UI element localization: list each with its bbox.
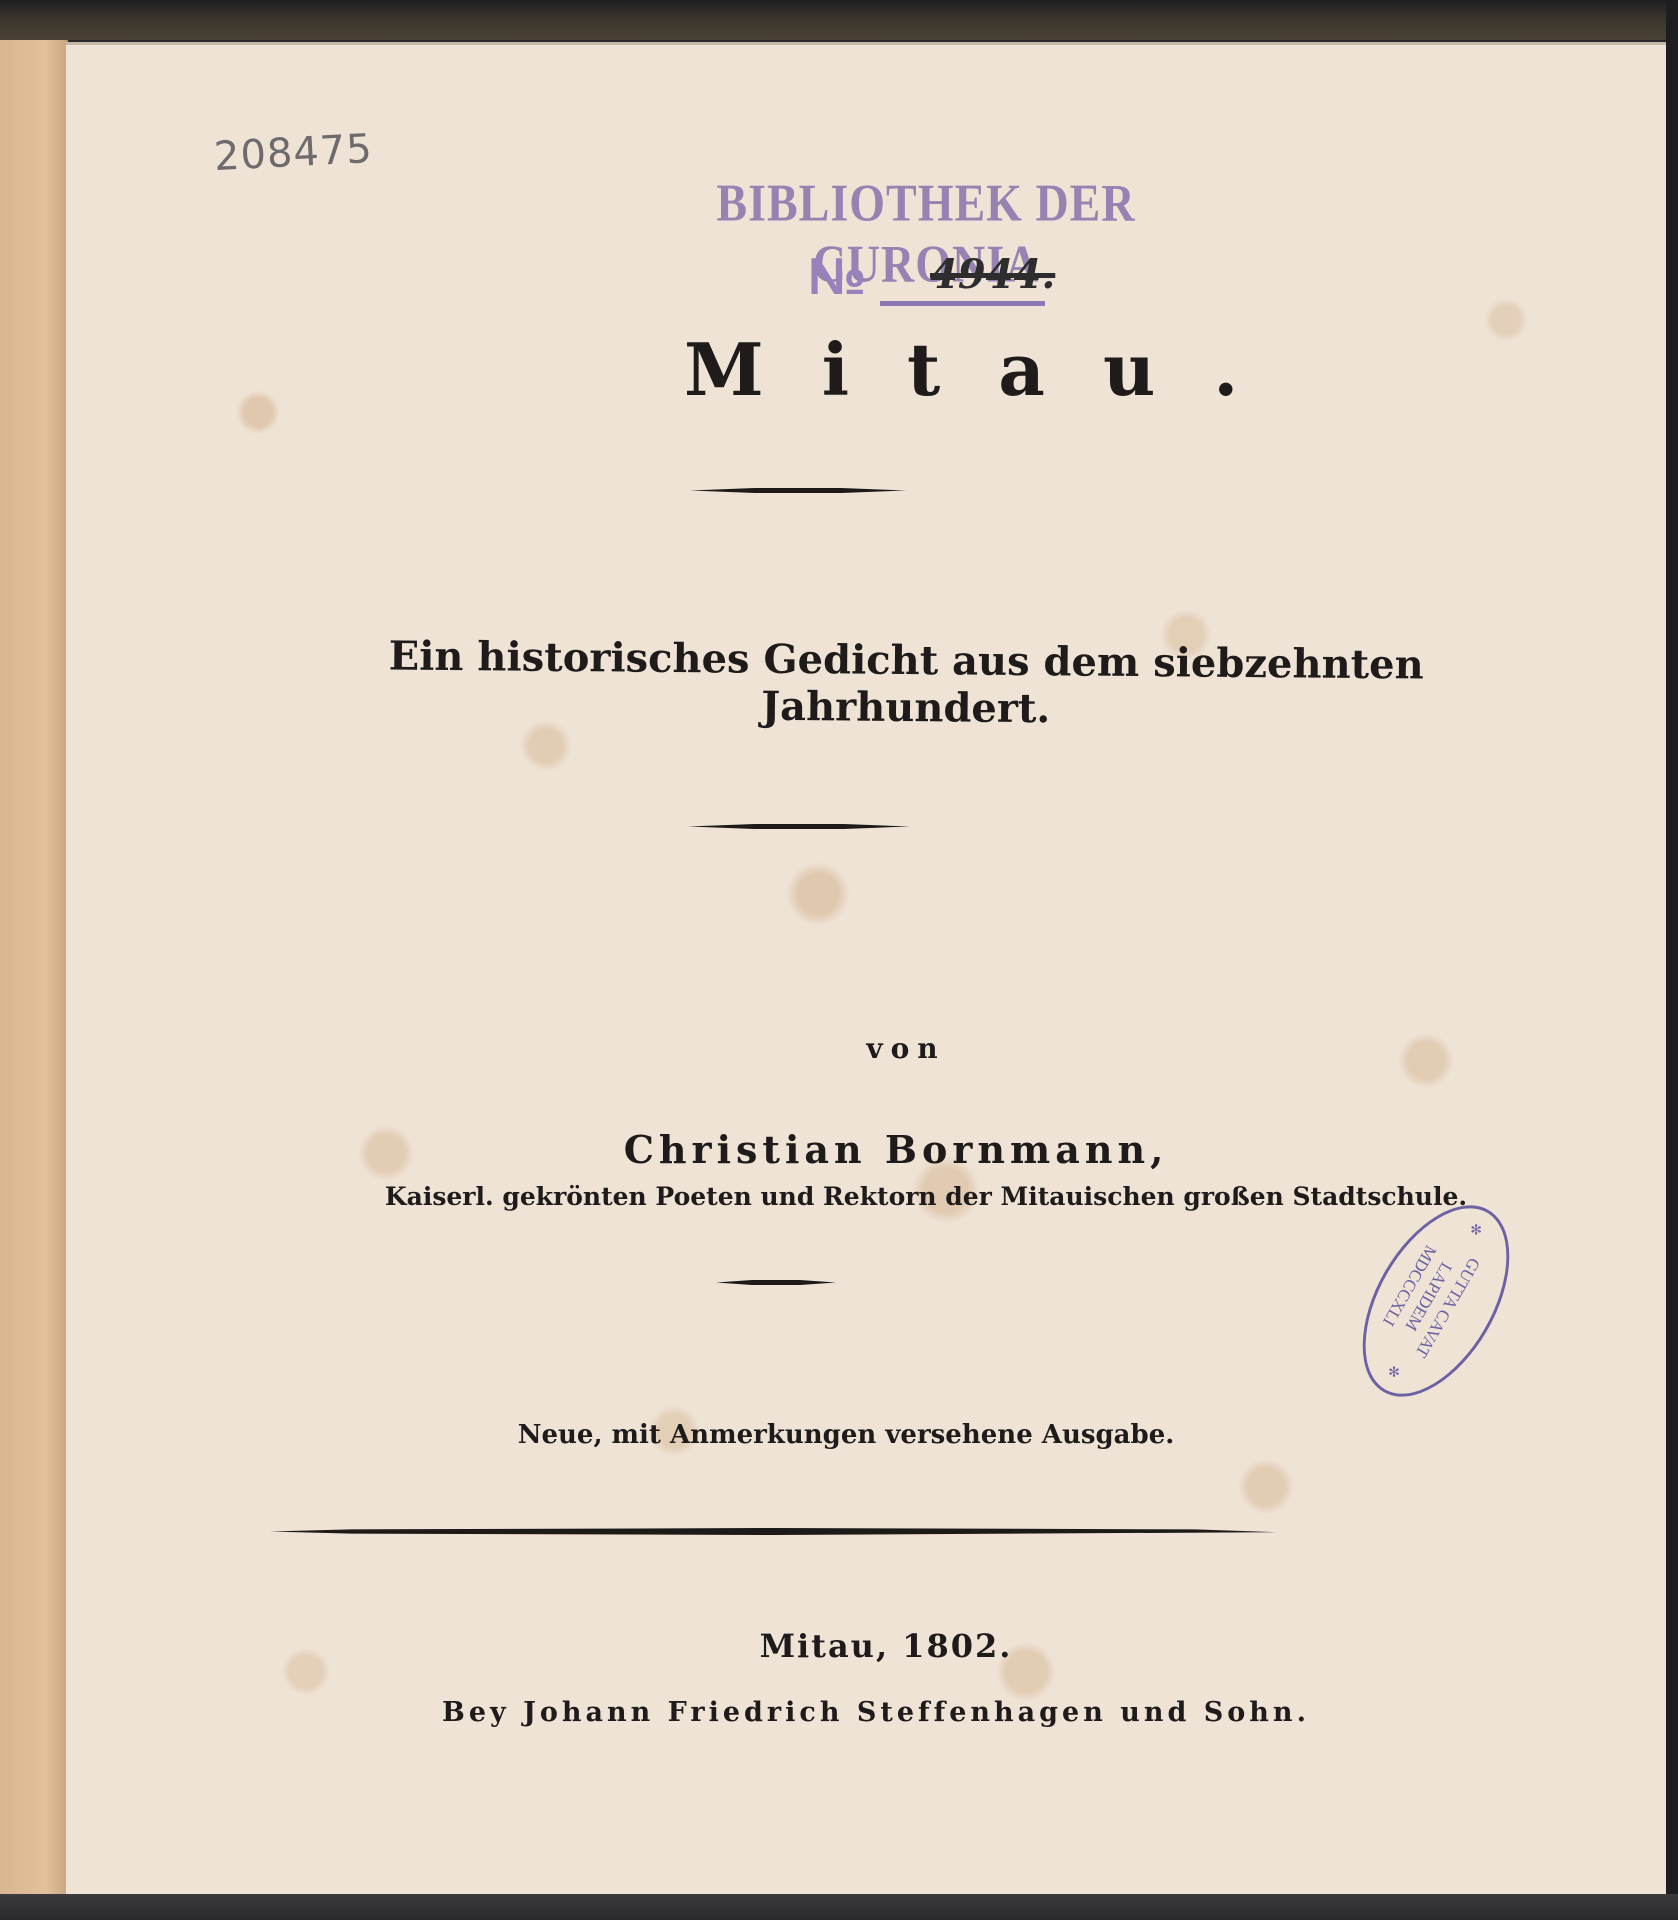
accession-number: 208475 [213, 126, 374, 180]
struck-library-number: 4944. [930, 251, 1055, 298]
ornamental-rule-2 [688, 824, 910, 829]
author-name: Christian Bornmann, [546, 1127, 1246, 1172]
book-title: Mitau. [626, 327, 1184, 412]
number-sign: № [808, 247, 863, 307]
book-subtitle: Ein historisches Gedicht aus dem siebzeh… [266, 631, 1547, 736]
byline-von: von [796, 1032, 1016, 1065]
ornamental-rule-3 [716, 1280, 836, 1285]
binding-spine-flyleaf [0, 40, 68, 1900]
book-cover-right-edge [1666, 0, 1678, 1920]
oval-ownership-stamp: GUTTA CAVAT LAPIDEM MDCCCXLI ✻ ✻ [1332, 1181, 1539, 1422]
library-number-stamp: № 4944. [808, 247, 1048, 307]
imprint-place-date: Mitau, 1802. [666, 1627, 1106, 1665]
edition-statement: Neue, mit Anmerkungen versehene Ausgabe. [496, 1420, 1196, 1450]
book-cover-top-edge [0, 0, 1678, 40]
number-underline [880, 301, 1045, 306]
imprint-rule [270, 1528, 1276, 1535]
author-description: Kaiserl. gekrönten Poeten und Rektorn de… [366, 1182, 1486, 1211]
title-page: 208475 BIBLIOTHEK DER CURONIA № 4944. Mi… [66, 42, 1666, 1894]
book-cover-bottom-edge [0, 1894, 1678, 1920]
imprint-publisher: Bey Johann Friedrich Steffenhagen und So… [426, 1697, 1326, 1728]
ornamental-rule-1 [690, 488, 906, 493]
